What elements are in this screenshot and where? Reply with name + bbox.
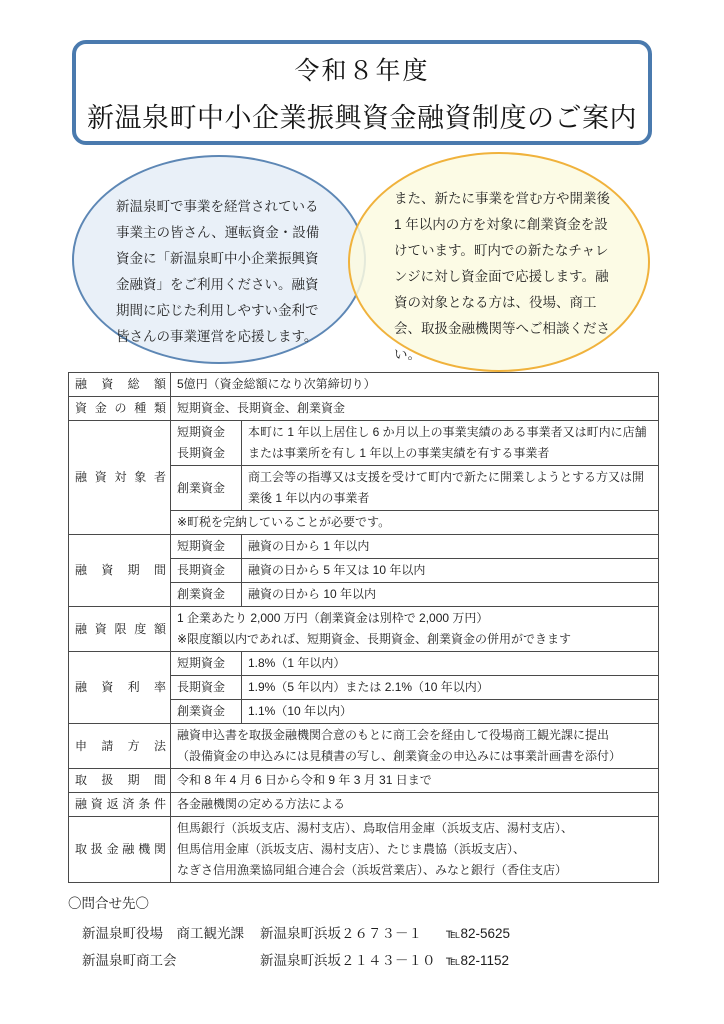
row-fund-types: 資金の種類 短期資金、長期資金、創業資金: [69, 397, 659, 421]
application-line2: （設備資金の申込みには見積書の写し、創業資金の申込みには事業計画書を添付）: [177, 746, 654, 767]
row-label-handling-period: 取扱期間: [69, 769, 171, 793]
row-label-repayment: 融資返済条件: [69, 793, 171, 817]
value-period-startup: 融資の日から 10 年以内: [242, 583, 659, 607]
contact-name-town-office: 新温泉町役場 商工観光課: [82, 920, 260, 947]
row-label-eligibility: 融資対象者: [69, 421, 171, 535]
row-handling-period: 取扱期間 令和 8 年 4 月 6 日から令和 9 年 3 月 31 日まで: [69, 769, 659, 793]
sub-label-period-long: 長期資金: [171, 559, 242, 583]
row-value-application: 融資申込書を取扱金融機関合意のもとに商工会を経由して役場商工観光課に提出 （設備…: [171, 724, 659, 769]
row-value-loan-total: 5億円（資金総額になり次第締切り）: [171, 373, 659, 397]
title-year: 令和８年度: [294, 51, 429, 87]
value-eligibility-short-long: 本町に 1 年以上居住し 6 か月以上の事業実績のある事業者又は町内に店舗または…: [242, 421, 659, 466]
contact-tel-commerce-assoc: ℡82-1152: [446, 947, 510, 974]
row-loan-total: 融資総額 5億円（資金総額になり次第締切り）: [69, 373, 659, 397]
row-period-short: 融資期間 短期資金 融資の日から 1 年以内: [69, 535, 659, 559]
value-interest-startup: 1.1%（10 年以内）: [242, 700, 659, 724]
row-value-institutions: 但馬銀行（浜坂支店、湯村支店）、鳥取信用金庫（浜坂支店、湯村支店）、 但馬信用金…: [171, 817, 659, 883]
flyer-page: 令和８年度 新温泉町中小企業振興資金融資制度のご案内 新温泉町で事業を経営されて…: [0, 0, 724, 1024]
contact-address-town-office: 新温泉町浜坂２６７３－１: [260, 920, 446, 947]
intro-bubble-startup: また、新たに事業を営む方や開業後 1 年以内の方を対象に創業資金を設けています。…: [348, 152, 650, 372]
row-label-institutions: 取扱金融機関: [69, 817, 171, 883]
row-value-repayment: 各金融機関の定める方法による: [171, 793, 659, 817]
row-application: 申請方法 融資申込書を取扱金融機関合意のもとに商工会を経由して役場商工観光課に提…: [69, 724, 659, 769]
value-eligibility-startup: 商工会等の指導又は支援を受けて町内で新たに開業しようとする方又は開業後 1 年以…: [242, 466, 659, 511]
sub-label-period-startup: 創業資金: [171, 583, 242, 607]
institutions-line2: 但馬信用金庫（浜坂支店、湯村支店）、たじま農協（浜坂支店）、: [177, 839, 654, 860]
row-loan-limit: 融資限度額 1 企業あたり 2,000 万円（創業資金は別枠で 2,000 万円…: [69, 607, 659, 652]
page-title: 新温泉町中小企業振興資金融資制度のご案内: [87, 96, 637, 135]
sub-label-interest-long: 長期資金: [171, 676, 242, 700]
sub-label-short: 短期資金: [177, 422, 237, 443]
row-label-loan-limit: 融資限度額: [69, 607, 171, 652]
institutions-line3: なぎさ信用漁業協同組合連合会（浜坂営業店）、みなと銀行（香住支店）: [177, 860, 654, 881]
value-period-short: 融資の日から 1 年以内: [242, 535, 659, 559]
application-line1: 融資申込書を取扱金融機関合意のもとに商工会を経由して役場商工観光課に提出: [177, 725, 654, 746]
sub-label-interest-startup: 創業資金: [171, 700, 242, 724]
row-label-interest: 融資利率: [69, 652, 171, 724]
loan-terms-table: 融資総額 5億円（資金総額になり次第締切り） 資金の種類 短期資金、長期資金、創…: [68, 372, 659, 883]
row-value-loan-limit: 1 企業あたり 2,000 万円（創業資金は別枠で 2,000 万円） ※限度額…: [171, 607, 659, 652]
sub-label-interest-short: 短期資金: [171, 652, 242, 676]
row-interest-short: 融資利率 短期資金 1.8%（1 年以内）: [69, 652, 659, 676]
row-label-fund-types: 資金の種類: [69, 397, 171, 421]
value-eligibility-note: ※町税を完納していることが必要です。: [171, 511, 659, 535]
row-value-fund-types: 短期資金、長期資金、創業資金: [171, 397, 659, 421]
contact-row-town-office: 新温泉町役場 商工観光課 新温泉町浜坂２６７３－１ ℡82-5625: [82, 920, 510, 947]
intro-bubble-business: 新温泉町で事業を経営されている事業主の皆さん、運転資金・設備資金に「新温泉町中小…: [72, 155, 366, 364]
row-repayment: 融資返済条件 各金融機関の定める方法による: [69, 793, 659, 817]
sub-label-long: 長期資金: [177, 443, 237, 464]
row-institutions: 取扱金融機関 但馬銀行（浜坂支店、湯村支店）、鳥取信用金庫（浜坂支店、湯村支店）…: [69, 817, 659, 883]
loan-limit-line1: 1 企業あたり 2,000 万円（創業資金は別枠で 2,000 万円）: [177, 608, 654, 629]
sub-label-startup: 創業資金: [171, 466, 242, 511]
row-label-period: 融資期間: [69, 535, 171, 607]
row-label-loan-total: 融資総額: [69, 373, 171, 397]
contact-section: 〇問合せ先〇 新温泉町役場 商工観光課 新温泉町浜坂２６７３－１ ℡82-562…: [68, 894, 510, 974]
sub-label-period-short: 短期資金: [171, 535, 242, 559]
contact-row-commerce-assoc: 新温泉町商工会 新温泉町浜坂２１４３－１０ ℡82-1152: [82, 947, 510, 974]
contact-tel-town-office: ℡82-5625: [446, 920, 510, 947]
loan-limit-line2: ※限度額以内であれば、短期資金、長期資金、創業資金の併用ができます: [177, 629, 654, 650]
sub-label-short-long: 短期資金 長期資金: [171, 421, 242, 466]
contact-address-commerce-assoc: 新温泉町浜坂２１４３－１０: [260, 947, 446, 974]
value-period-long: 融資の日から 5 年又は 10 年以内: [242, 559, 659, 583]
value-interest-long: 1.9%（5 年以内）または 2.1%（10 年以内）: [242, 676, 659, 700]
row-value-handling-period: 令和 8 年 4 月 6 日から令和 9 年 3 月 31 日まで: [171, 769, 659, 793]
value-interest-short: 1.8%（1 年以内）: [242, 652, 659, 676]
row-eligibility-short-long: 融資対象者 短期資金 長期資金 本町に 1 年以上居住し 6 か月以上の事業実績…: [69, 421, 659, 466]
title-box: 令和８年度 新温泉町中小企業振興資金融資制度のご案内: [72, 40, 652, 145]
contact-name-commerce-assoc: 新温泉町商工会: [82, 947, 260, 974]
intro-bubble-startup-text: また、新たに事業を営む方や開業後 1 年以内の方を対象に創業資金を設けています。…: [350, 154, 648, 368]
row-label-application: 申請方法: [69, 724, 171, 769]
intro-bubble-business-text: 新温泉町で事業を経営されている事業主の皆さん、運転資金・設備資金に「新温泉町中小…: [74, 157, 364, 350]
institutions-line1: 但馬銀行（浜坂支店、湯村支店）、鳥取信用金庫（浜坂支店、湯村支店）、: [177, 818, 654, 839]
contact-heading: 〇問合せ先〇: [68, 894, 510, 914]
